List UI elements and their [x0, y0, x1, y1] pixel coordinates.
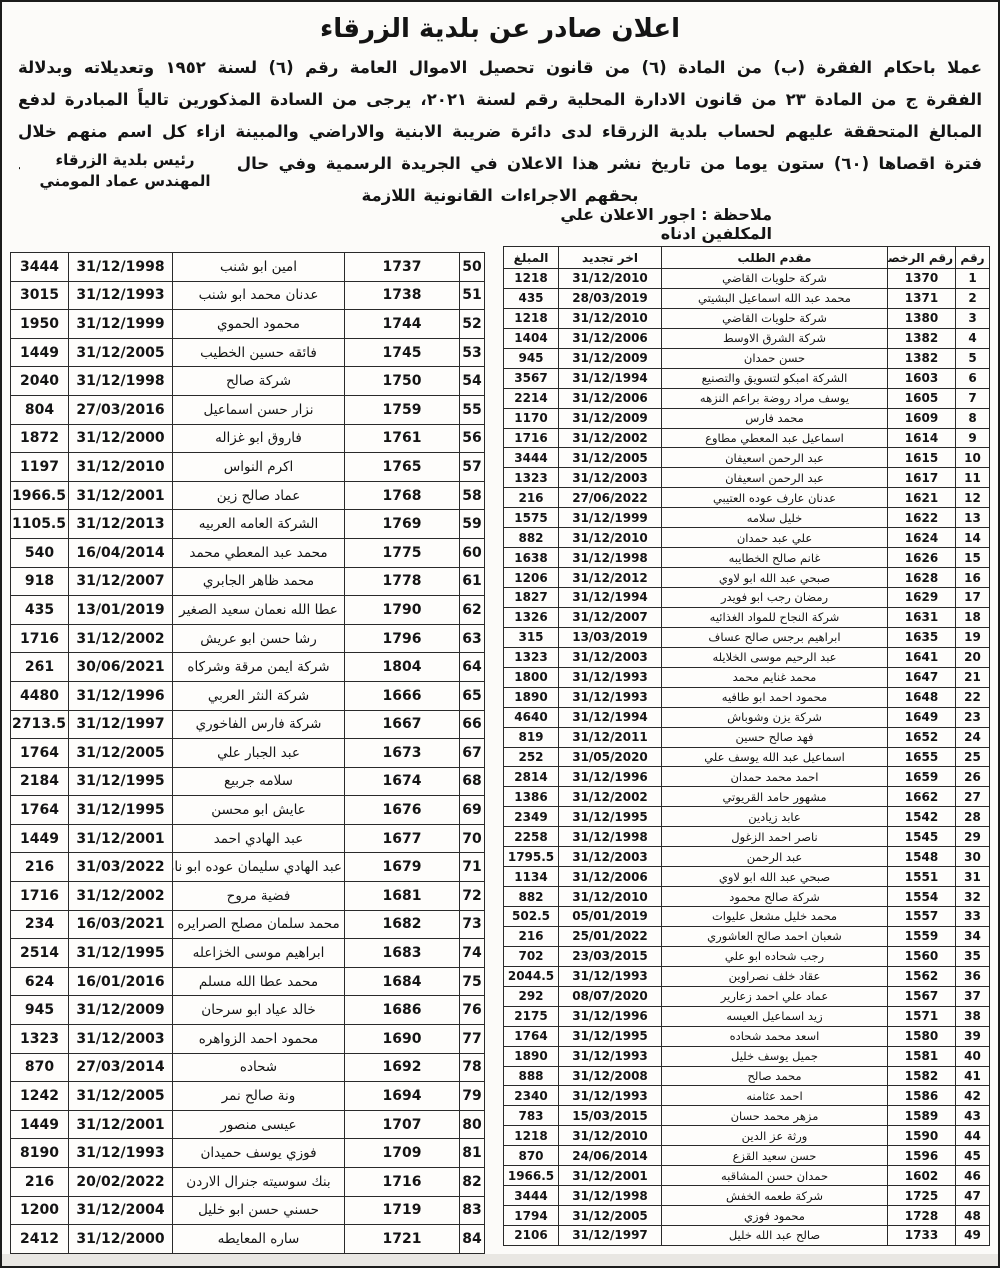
cell-name: صبحي عبد الله ابو لاوي [662, 568, 888, 588]
cell-name: نزار حسن اسماعيل [173, 395, 345, 424]
table-row: 201641عبد الرحيم موسى الخلايله31/12/2003… [504, 647, 990, 667]
cell-date: 31/12/2013 [69, 510, 173, 539]
cell-amount: 1794 [504, 1206, 559, 1226]
cell-license: 1631 [888, 607, 956, 627]
cell-num: 18 [956, 607, 990, 627]
cell-amount: 2340 [504, 1086, 559, 1106]
cell-license: 1662 [888, 787, 956, 807]
cell-license: 1629 [888, 588, 956, 608]
cell-date: 31/12/2001 [69, 824, 173, 853]
cell-amount: 1404 [504, 328, 559, 348]
cell-name: ابراهيم موسى الخزاعله [173, 939, 345, 968]
cell-date: 28/03/2019 [559, 288, 662, 308]
cell-amount: 1890 [504, 1046, 559, 1066]
cell-name: شركة يزن وشوباش [662, 707, 888, 727]
cell-amount: 1449 [11, 338, 69, 367]
cell-license: 1562 [888, 966, 956, 986]
cell-amount: 216 [11, 853, 69, 882]
cell-license: 1635 [888, 627, 956, 647]
cell-date: 31/12/2010 [559, 308, 662, 328]
cell-license: 1667 [345, 710, 460, 739]
cell-license: 1649 [888, 707, 956, 727]
cell-num: 32 [956, 887, 990, 907]
cell-name: ساره المعايطه [173, 1225, 345, 1254]
cell-name: اكرم النواس [173, 453, 345, 482]
cell-license: 1707 [345, 1110, 460, 1139]
cell-license: 1683 [345, 939, 460, 968]
table-row: 561761فاروق ابو غزاله31/12/20001872 [11, 424, 485, 453]
table-row: 281542عابد زيادين31/12/19952349 [504, 807, 990, 827]
cell-num: 56 [460, 424, 485, 453]
cell-name: شركة فارس الفاخوري [173, 710, 345, 739]
cell-name: محمود فوزي [662, 1206, 888, 1226]
cell-amount: 882 [504, 887, 559, 907]
cell-num: 54 [460, 367, 485, 396]
cell-amount: 1966.5 [11, 481, 69, 510]
table-row: 81609محمد فارس31/12/20091170 [504, 408, 990, 428]
cell-license: 1589 [888, 1106, 956, 1126]
cell-num: 58 [460, 481, 485, 510]
cell-date: 31/12/2011 [559, 727, 662, 747]
cell-license: 1648 [888, 687, 956, 707]
cell-amount: 1326 [504, 607, 559, 627]
cell-license: 1765 [345, 453, 460, 482]
cell-amount: 1170 [504, 408, 559, 428]
cell-amount: 1716 [504, 428, 559, 448]
signature-name: المهندس عماد المومني [20, 171, 230, 192]
cell-amount: 435 [504, 288, 559, 308]
cell-date: 31/12/2002 [559, 787, 662, 807]
cell-name: فاروق ابو غزاله [173, 424, 345, 453]
cell-date: 31/12/1994 [559, 707, 662, 727]
cell-license: 1775 [345, 538, 460, 567]
cell-num: 63 [460, 624, 485, 653]
cell-license: 1709 [345, 1139, 460, 1168]
cell-num: 17 [956, 588, 990, 608]
cell-name: محمود احمد الزواهره [173, 1025, 345, 1054]
cell-num: 52 [460, 310, 485, 339]
cell-num: 39 [956, 1026, 990, 1046]
table-row: 421586احمد عثامنه31/12/19932340 [504, 1086, 990, 1106]
cell-date: 31/12/2003 [559, 647, 662, 667]
cell-num: 25 [956, 747, 990, 767]
cell-name: سلامه جربيع [173, 767, 345, 796]
cell-license: 1605 [888, 388, 956, 408]
table-row: 151626غانم صالح الخطايبه31/12/19981638 [504, 548, 990, 568]
cell-name: شركة النجاح للمواد الغذائيه [662, 607, 888, 627]
cell-name: حسن سعيد القزع [662, 1146, 888, 1166]
cell-amount: 882 [504, 528, 559, 548]
cell-amount: 4480 [11, 681, 69, 710]
cell-num: 74 [460, 939, 485, 968]
cell-name: يوسف مراد روضة براعم النزهه [662, 388, 888, 408]
table-row: 831719حسني حسن ابو خليل31/12/20041200 [11, 1196, 485, 1225]
cell-amount: 435 [11, 596, 69, 625]
cell-license: 1728 [888, 1206, 956, 1226]
cell-amount: 1242 [11, 1082, 69, 1111]
cell-num: 65 [460, 681, 485, 710]
cell-num: 10 [956, 448, 990, 468]
cell-amount: 1575 [504, 508, 559, 528]
cell-name: شعبان احمد صالح العاشوري [662, 926, 888, 946]
table-row: 621790عطا الله نعمان سعيد الصغير13/01/20… [11, 596, 485, 625]
cell-amount: 2814 [504, 767, 559, 787]
cell-num: 41 [956, 1066, 990, 1086]
cell-name: عابد زيادين [662, 807, 888, 827]
cell-num: 68 [460, 767, 485, 796]
cell-date: 31/12/1995 [69, 939, 173, 968]
cell-license: 1674 [345, 767, 460, 796]
cell-date: 31/12/1993 [559, 966, 662, 986]
cell-amount: 804 [11, 395, 69, 424]
cell-num: 26 [956, 767, 990, 787]
cell-license: 1580 [888, 1026, 956, 1046]
cell-name: ناصر احمد الزغول [662, 827, 888, 847]
cell-date: 31/12/2002 [69, 624, 173, 653]
cell-license: 1371 [888, 288, 956, 308]
cell-amount: 1449 [11, 824, 69, 853]
cell-num: 42 [956, 1086, 990, 1106]
cell-amount: 261 [11, 653, 69, 682]
cell-license: 1609 [888, 408, 956, 428]
cell-license: 1673 [345, 739, 460, 768]
table-row: 121621عدنان عارف عوده العتيبي27/06/20222… [504, 488, 990, 508]
cell-name: عماد علي احمد زعارير [662, 986, 888, 1006]
cell-num: 79 [460, 1082, 485, 1111]
cell-num: 27 [956, 787, 990, 807]
cell-amount: 2214 [504, 388, 559, 408]
cell-license: 1676 [345, 796, 460, 825]
cell-date: 27/03/2014 [69, 1053, 173, 1082]
cell-date: 31/12/2009 [559, 348, 662, 368]
cell-date: 05/01/2019 [559, 907, 662, 927]
table-row: 351560رجب شحاده ابو علي23/03/2015702 [504, 946, 990, 966]
cell-date: 31/12/2007 [559, 607, 662, 627]
cell-date: 31/12/2010 [559, 528, 662, 548]
cell-date: 31/12/1996 [69, 681, 173, 710]
cell-license: 1641 [888, 647, 956, 667]
table-row: 31380شركة حلويات القاضي31/12/20101218 [504, 308, 990, 328]
cell-name: رشا حسن ابو عريش [173, 624, 345, 653]
cell-num: 55 [460, 395, 485, 424]
cell-name: عايش ابو محسن [173, 796, 345, 825]
cell-name: عبد الهادي سليمان عوده ابو ناموس [173, 853, 345, 882]
cell-amount: 8190 [11, 1139, 69, 1168]
cell-num: 51 [460, 281, 485, 310]
cell-license: 1626 [888, 548, 956, 568]
cell-amount: 819 [504, 727, 559, 747]
cell-name: محمد عطا الله مسلم [173, 967, 345, 996]
cell-license: 1596 [888, 1146, 956, 1166]
cell-num: 45 [956, 1146, 990, 1166]
cell-amount: 2040 [11, 367, 69, 396]
cell-license: 1559 [888, 926, 956, 946]
cell-amount: 870 [11, 1053, 69, 1082]
cell-date: 31/12/1994 [559, 368, 662, 388]
cell-date: 16/04/2014 [69, 538, 173, 567]
cell-num: 61 [460, 567, 485, 596]
cell-amount: 1795.5 [504, 847, 559, 867]
cell-date: 31/12/2010 [559, 887, 662, 907]
table-row: 431589مزهر محمد حسان15/03/2015783 [504, 1106, 990, 1126]
cell-date: 31/12/1996 [559, 767, 662, 787]
cell-name: مزهر محمد حسان [662, 1106, 888, 1126]
table-row: 451596حسن سعيد القزع24/06/2014870 [504, 1146, 990, 1166]
table-row: 181631شركة النجاح للمواد الغذائيه31/12/2… [504, 607, 990, 627]
table-row: 441590ورثة عز الدين31/12/20101218 [504, 1126, 990, 1146]
cell-license: 1560 [888, 946, 956, 966]
table-row: 721681فضية مروح31/12/20021716 [11, 882, 485, 911]
cell-license: 1716 [345, 1168, 460, 1197]
table-row: 611778محمد ظاهر الجابري31/12/2007918 [11, 567, 485, 596]
cell-num: 57 [460, 453, 485, 482]
cell-license: 1686 [345, 996, 460, 1025]
cell-date: 31/12/2005 [559, 1206, 662, 1226]
cell-num: 8 [956, 408, 990, 428]
cell-num: 21 [956, 667, 990, 687]
cell-amount: 4640 [504, 707, 559, 727]
cell-date: 31/12/2001 [559, 1166, 662, 1186]
cell-num: 34 [956, 926, 990, 946]
cell-license: 1733 [888, 1226, 956, 1246]
cell-name: ونة صالح نمر [173, 1082, 345, 1111]
cell-amount: 945 [11, 996, 69, 1025]
cell-name: عبد الهادي احمد [173, 824, 345, 853]
cell-num: 4 [956, 328, 990, 348]
cell-date: 31/03/2022 [69, 853, 173, 882]
cell-name: زيد اسماعيل العيسه [662, 1006, 888, 1026]
cell-date: 13/01/2019 [69, 596, 173, 625]
table-row: 371567عماد علي احمد زعارير08/07/2020292 [504, 986, 990, 1006]
cell-amount: 1716 [11, 624, 69, 653]
cell-date: 27/03/2016 [69, 395, 173, 424]
cell-amount: 870 [504, 1146, 559, 1166]
cell-name: ابراهيم برجس صالح عساف [662, 627, 888, 647]
cell-date: 31/12/1993 [69, 281, 173, 310]
table-row: 321554شركة صالح محمود31/12/2010882 [504, 887, 990, 907]
cell-date: 31/12/2005 [559, 448, 662, 468]
cell-date: 31/12/2000 [69, 1225, 173, 1254]
cell-license: 1586 [888, 1086, 956, 1106]
cell-date: 31/12/1993 [559, 687, 662, 707]
cell-license: 1602 [888, 1166, 956, 1186]
cell-date: 31/12/2005 [69, 739, 173, 768]
cell-num: 64 [460, 653, 485, 682]
cell-name: محمد سلمان مصلح الصرايره [173, 910, 345, 939]
cell-num: 40 [956, 1046, 990, 1066]
cell-amount: 888 [504, 1066, 559, 1086]
licenses-table-rows-1-49: رقم رقم الرخصه مقدم الطلب اخر تجديد المب… [503, 246, 990, 1246]
table-row: 751684محمد عطا الله مسلم16/01/2016624 [11, 967, 485, 996]
cell-name: رجب شحاده ابو علي [662, 946, 888, 966]
cell-num: 83 [460, 1196, 485, 1225]
announcement-document: اعلان صادر عن بلدية الزرقاء عملا باحكام … [0, 0, 1000, 1268]
cell-name: فهد صالح حسين [662, 727, 888, 747]
table-row: 331557محمد خليل مشعل عليوات05/01/2019502… [504, 907, 990, 927]
cell-name: احمد عثامنه [662, 1086, 888, 1106]
cell-name: اسعد محمد شحاده [662, 1026, 888, 1046]
cell-amount: 1950 [11, 310, 69, 339]
cell-amount: 2412 [11, 1225, 69, 1254]
cell-num: 59 [460, 510, 485, 539]
cell-license: 1557 [888, 907, 956, 927]
cell-date: 15/03/2015 [559, 1106, 662, 1126]
cell-license: 1624 [888, 528, 956, 548]
cell-license: 1628 [888, 568, 956, 588]
cell-date: 31/12/2008 [559, 1066, 662, 1086]
cell-license: 1548 [888, 847, 956, 867]
cell-date: 31/12/2001 [69, 481, 173, 510]
cell-name: عيسى منصور [173, 1110, 345, 1139]
cell-license: 1725 [888, 1186, 956, 1206]
table-row: 801707عيسى منصور31/12/20011449 [11, 1110, 485, 1139]
cell-date: 31/12/2006 [559, 867, 662, 887]
cell-num: 49 [956, 1226, 990, 1246]
cell-amount: 292 [504, 986, 559, 1006]
cell-amount: 1218 [504, 1126, 559, 1146]
cell-date: 24/06/2014 [559, 1146, 662, 1166]
cell-date: 31/12/2007 [69, 567, 173, 596]
table-row: 711679عبد الهادي سليمان عوده ابو ناموس31… [11, 853, 485, 882]
cell-name: امين ابو شنب [173, 253, 345, 282]
cell-date: 30/06/2021 [69, 653, 173, 682]
scan-margin [2, 1254, 998, 1266]
cell-num: 60 [460, 538, 485, 567]
table-row: 111617عبد الرحمن اسعيفان31/12/20031323 [504, 468, 990, 488]
table-row: 71605يوسف مراد روضة براعم النزهه31/12/20… [504, 388, 990, 408]
cell-date: 31/12/2006 [559, 328, 662, 348]
table-row: 681674سلامه جربيع31/12/19952184 [11, 767, 485, 796]
cell-name: محمد عبد المعطي محمد [173, 538, 345, 567]
cell-date: 31/12/1995 [69, 796, 173, 825]
cell-name: فوزي يوسف حميدان [173, 1139, 345, 1168]
table-row: 301548عبد الرحمن31/12/20031795.5 [504, 847, 990, 867]
cell-date: 20/02/2022 [69, 1168, 173, 1197]
cell-license: 1681 [345, 882, 460, 911]
cell-amount: 918 [11, 567, 69, 596]
cell-date: 31/12/2009 [69, 996, 173, 1025]
cell-name: عبد الجبار علي [173, 739, 345, 768]
cell-name: شركة حلويات القاضي [662, 269, 888, 289]
cell-amount: 2713.5 [11, 710, 69, 739]
table-body: 501737امين ابو شنب31/12/19983444511738عد… [11, 253, 485, 1254]
cell-num: 28 [956, 807, 990, 827]
cell-num: 38 [956, 1006, 990, 1026]
cell-date: 31/12/2005 [69, 338, 173, 367]
cell-date: 31/12/2010 [559, 1126, 662, 1146]
cell-license: 1571 [888, 1006, 956, 1026]
cell-amount: 1827 [504, 588, 559, 608]
cell-license: 1684 [345, 967, 460, 996]
cell-license: 1554 [888, 887, 956, 907]
cell-date: 31/12/1995 [69, 767, 173, 796]
cell-num: 9 [956, 428, 990, 448]
licenses-table-rows-50-84: 501737امين ابو شنب31/12/19983444511738عد… [10, 252, 485, 1254]
table-row: 591769الشركة العامه العربيه31/12/2013110… [11, 510, 485, 539]
cell-num: 43 [956, 1106, 990, 1126]
page-title: اعلان صادر عن بلدية الزرقاء [2, 2, 998, 44]
table-row: 491733صالح عبد الله خليل31/12/19972106 [504, 1226, 990, 1246]
cell-date: 31/12/1999 [69, 310, 173, 339]
cell-license: 1382 [888, 328, 956, 348]
cell-amount: 1890 [504, 687, 559, 707]
table-row: 411582محمد صالح31/12/2008888 [504, 1066, 990, 1086]
cell-name: خليل سلامه [662, 508, 888, 528]
cell-name: شركة حلويات القاضي [662, 308, 888, 328]
cell-date: 31/12/2002 [69, 882, 173, 911]
cell-date: 27/06/2022 [559, 488, 662, 508]
cell-license: 1692 [345, 1053, 460, 1082]
cell-num: 3 [956, 308, 990, 328]
cell-name: عدنان محمد ابو شنب [173, 281, 345, 310]
cell-license: 1380 [888, 308, 956, 328]
cell-num: 50 [460, 253, 485, 282]
cell-license: 1567 [888, 986, 956, 1006]
cell-license: 1690 [345, 1025, 460, 1054]
cell-amount: 702 [504, 946, 559, 966]
table-row: 51382حسن حمدان31/12/2009945 [504, 348, 990, 368]
cell-name: جميل يوسف خليل [662, 1046, 888, 1066]
table-row: 501737امين ابو شنب31/12/19983444 [11, 253, 485, 282]
cell-amount: 234 [11, 910, 69, 939]
cell-name: الشركة امبكو لتسويق والتصنيع [662, 368, 888, 388]
cell-license: 1551 [888, 867, 956, 887]
cell-date: 31/12/2012 [559, 568, 662, 588]
header-license: رقم الرخصه [888, 247, 956, 269]
cell-amount: 3444 [504, 1186, 559, 1206]
table-row: 791694ونة صالح نمر31/12/20051242 [11, 1082, 485, 1111]
cell-name: الشركة العامه العربيه [173, 510, 345, 539]
cell-amount: 2258 [504, 827, 559, 847]
cell-license: 1370 [888, 269, 956, 289]
cell-license: 1622 [888, 508, 956, 528]
table-row: 271662مشهور حامد القريوتي31/12/20021386 [504, 787, 990, 807]
table-row: 61603الشركة امبكو لتسويق والتصنيع31/12/1… [504, 368, 990, 388]
cell-name: محمد فارس [662, 408, 888, 428]
cell-amount: 2349 [504, 807, 559, 827]
cell-num: 69 [460, 796, 485, 825]
cell-amount: 2175 [504, 1006, 559, 1026]
cell-date: 25/01/2022 [559, 926, 662, 946]
cell-date: 31/12/2001 [69, 1110, 173, 1139]
cell-amount: 1218 [504, 308, 559, 328]
cell-num: 70 [460, 824, 485, 853]
cell-license: 1737 [345, 253, 460, 282]
table-row: 471725شركة طعمه الخفش31/12/19983444 [504, 1186, 990, 1206]
cell-name: غانم صالح الخطايبه [662, 548, 888, 568]
cell-date: 31/12/1998 [559, 548, 662, 568]
table-row: 511738عدنان محمد ابو شنب31/12/19933015 [11, 281, 485, 310]
table-row: 91614اسماعيل عبد المعطي مطاوع31/12/20021… [504, 428, 990, 448]
table-row: 311551صبحي عبد الله ابو لاوي31/12/200611… [504, 867, 990, 887]
header-amount: المبلغ [504, 247, 559, 269]
cell-license: 1655 [888, 747, 956, 767]
cell-license: 1804 [345, 653, 460, 682]
table-row: 521744محمود الحموي31/12/19991950 [11, 310, 485, 339]
table-row: 661667شركة فارس الفاخوري31/12/19972713.5 [11, 710, 485, 739]
cell-amount: 1764 [11, 739, 69, 768]
table-row: 221648محمود احمد ابو طافيه31/12/19931890 [504, 687, 990, 707]
cell-license: 1719 [345, 1196, 460, 1225]
cell-date: 16/03/2021 [69, 910, 173, 939]
cell-amount: 1386 [504, 787, 559, 807]
cell-amount: 216 [504, 926, 559, 946]
cell-name: حمدان حسن المشاقبه [662, 1166, 888, 1186]
table-row: 101615عبد الرحمن اسعيفان31/12/20053444 [504, 448, 990, 468]
cell-license: 1603 [888, 368, 956, 388]
table-row: 741683ابراهيم موسى الخزاعله31/12/1995251… [11, 939, 485, 968]
cell-license: 1778 [345, 567, 460, 596]
